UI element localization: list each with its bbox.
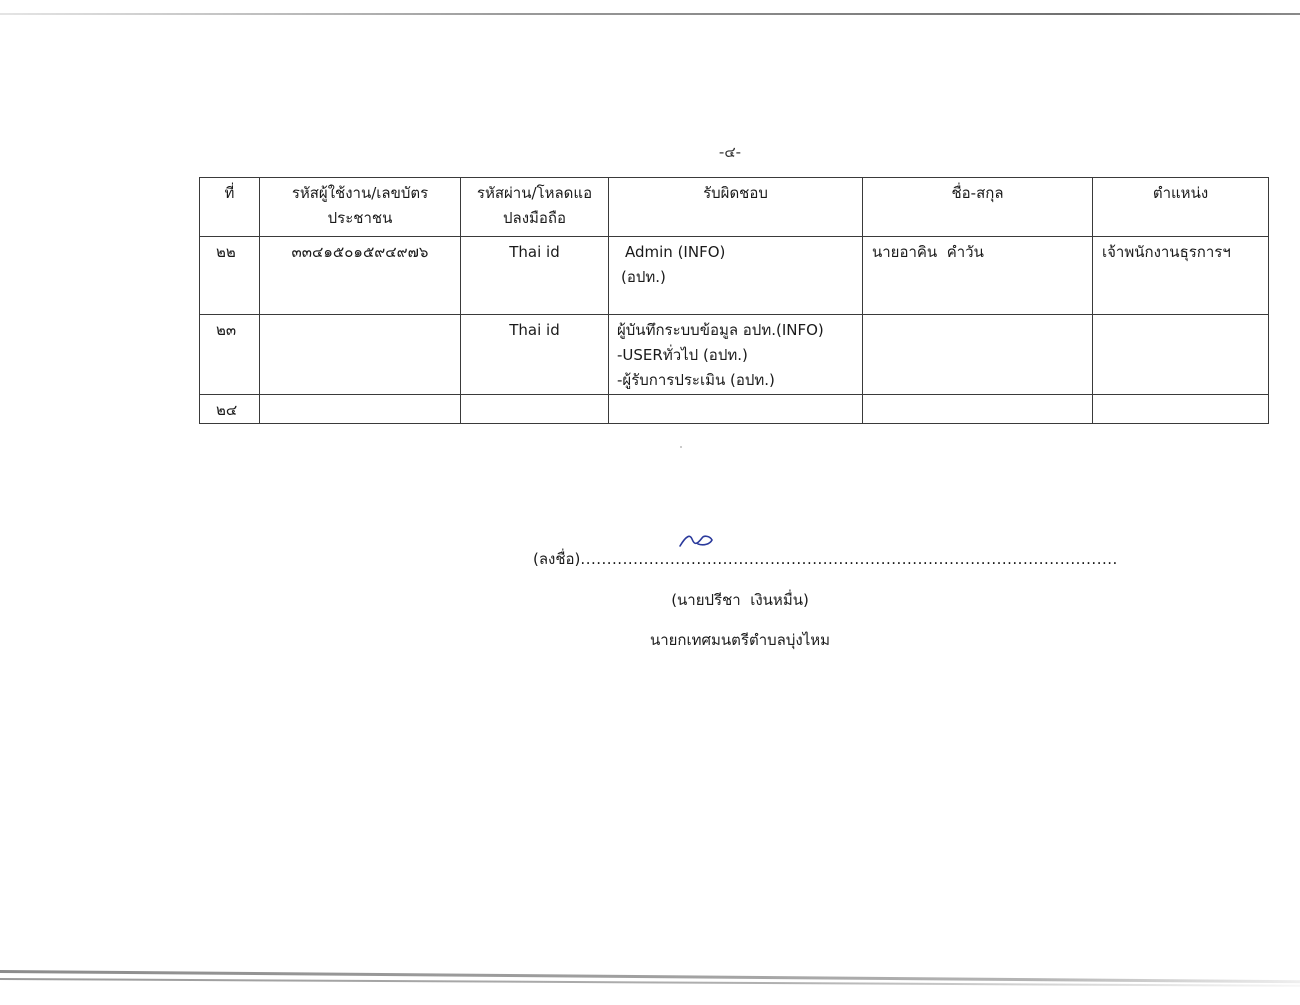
cell-no: ๒๒ <box>200 237 260 315</box>
user-account-table: ที่ รหัสผู้ใช้งาน/เลขบัตร ประชาชน รหัสผ่… <box>199 177 1269 424</box>
header-password-line1: รหัสผ่าน/โหลดแอ <box>461 181 608 206</box>
signature-line: (ลงชื่อ)................................… <box>533 547 1118 571</box>
page-number: -๔- <box>700 140 760 164</box>
cell-password: Thai id <box>461 237 609 315</box>
responsibility-line: -USERทั่วไป (อปท.) <box>617 343 862 368</box>
cell-user-id <box>260 315 461 395</box>
cell-user-id: ๓๓๔๑๕๐๑๕๙๔๙๗๖ <box>260 237 461 315</box>
cell-password: Thai id <box>461 315 609 395</box>
cell-responsibility: ผู้บันทึกระบบข้อมูล อปท.(INFO) -USERทั่ว… <box>609 315 863 395</box>
table-header-row: ที่ รหัสผู้ใช้งาน/เลขบัตร ประชาชน รหัสผ่… <box>200 178 1269 237</box>
responsibility-line: (อปท.) <box>621 265 862 290</box>
signer-title: นายกเทศมนตรีตำบลบุ่งไหม <box>600 628 880 652</box>
cell-user-id <box>260 395 461 424</box>
cell-name: นายอาคิน คำวัน <box>863 237 1093 315</box>
cell-password <box>461 395 609 424</box>
header-responsibility: รับผิดชอบ <box>609 178 863 237</box>
table-row: ๒๓ Thai id ผู้บันทึกระบบข้อมูล อปท.(INFO… <box>200 315 1269 395</box>
cell-no: ๒๔ <box>200 395 260 424</box>
cell-name <box>863 395 1093 424</box>
table-row: ๒๒ ๓๓๔๑๕๐๑๕๙๔๙๗๖ Thai id Admin (INFO) (อ… <box>200 237 1269 315</box>
cell-no: ๒๓ <box>200 315 260 395</box>
cell-position: เจ้าพนักงานธุรการฯ <box>1093 237 1269 315</box>
table-row: ๒๔ <box>200 395 1269 424</box>
responsibility-line: -ผู้รับการประเมิน (อปท.) <box>617 368 862 393</box>
cell-responsibility: Admin (INFO) (อปท.) <box>609 237 863 315</box>
header-user-id: รหัสผู้ใช้งาน/เลขบัตร ประชาชน <box>260 178 461 237</box>
header-password-line2: ปลงมือถือ <box>461 206 608 231</box>
responsibility-line: Admin (INFO) <box>621 240 862 265</box>
header-position: ตำแหน่ง <box>1093 178 1269 237</box>
header-user-id-line1: รหัสผู้ใช้งาน/เลขบัตร <box>260 181 460 206</box>
header-password: รหัสผ่าน/โหลดแอ ปลงมือถือ <box>461 178 609 237</box>
header-no: ที่ <box>200 178 260 237</box>
cell-responsibility <box>609 395 863 424</box>
header-user-id-line2: ประชาชน <box>260 206 460 231</box>
cell-position <box>1093 315 1269 395</box>
header-name: ชื่อ-สกุล <box>863 178 1093 237</box>
scan-speck <box>680 446 682 448</box>
scan-edge-top <box>0 13 1300 15</box>
signature-dots: ........................................… <box>580 550 1117 568</box>
responsibility-line: ผู้บันทึกระบบข้อมูล อปท.(INFO) <box>617 318 862 343</box>
sign-label: (ลงชื่อ) <box>533 550 580 568</box>
cell-position <box>1093 395 1269 424</box>
cell-name <box>863 315 1093 395</box>
signer-name: (นายปรีชา เงินหมื่น) <box>620 588 860 612</box>
